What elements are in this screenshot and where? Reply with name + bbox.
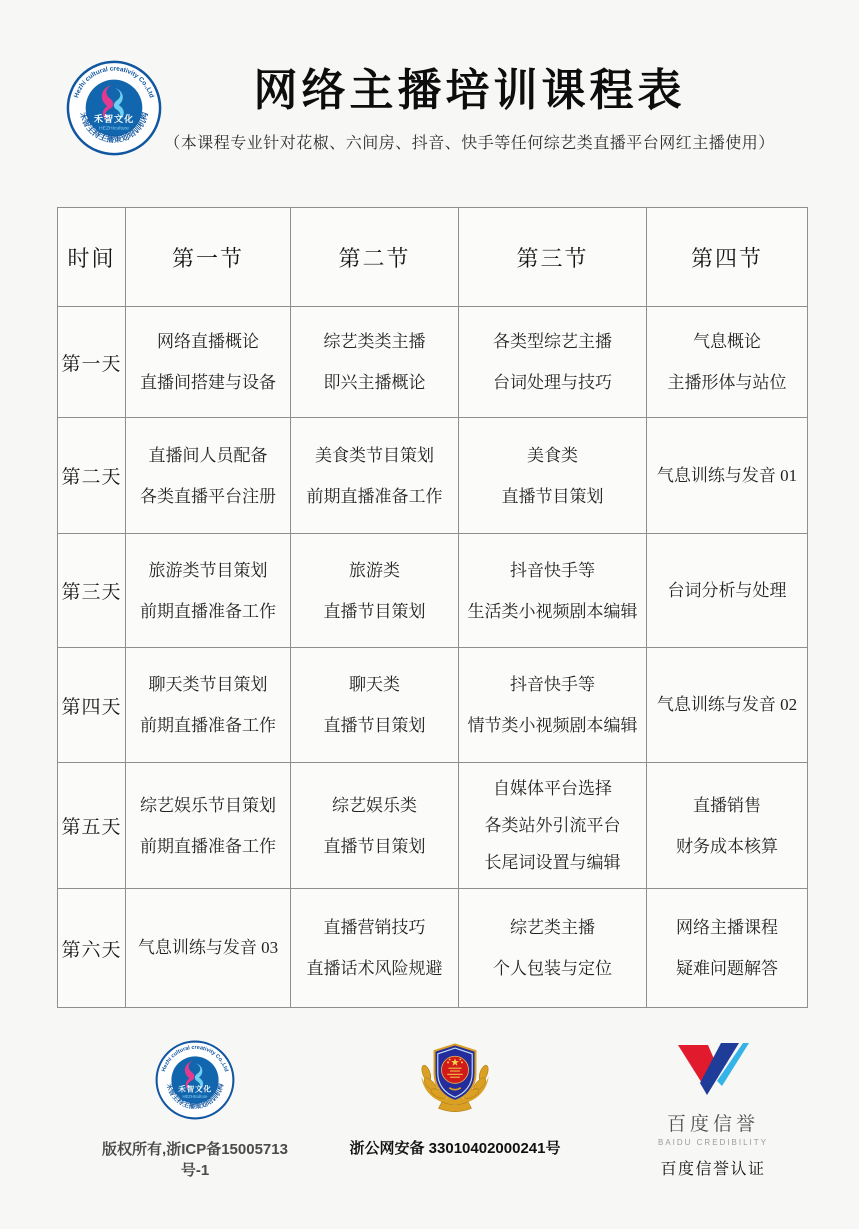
title-block: 网络主播培训课程表 （本课程专业针对花椒、六间房、抖音、快手等任何综艺类直播平台… — [150, 66, 789, 153]
course-cell: 直播营销技巧直播话术风险规避 — [291, 889, 459, 1008]
header-cell: 第二节 — [291, 208, 459, 307]
course-line: 自媒体平台选择 — [459, 770, 646, 807]
baidu-credibility-en: BAIDU CREDIBILITY — [618, 1138, 808, 1147]
course-line: 气息训练与发音 02 — [647, 695, 807, 715]
course-line: 直播间人员配备 — [126, 435, 290, 476]
course-line: 旅游类 — [291, 550, 458, 591]
header-cell: 第三节 — [459, 208, 647, 307]
course-line: 台词分析与处理 — [647, 581, 807, 601]
course-cell: 气息训练与发音 02 — [647, 648, 808, 763]
day-cell: 第三天 — [58, 534, 126, 648]
course-line: 旅游类节目策划 — [126, 550, 290, 591]
footer-center: 浙公网安备 33010402000241号 — [335, 1040, 575, 1158]
course-line: 各类站外引流平台 — [459, 807, 646, 844]
course-line: 聊天类节目策划 — [126, 664, 290, 705]
course-line: 综艺类主播 — [459, 907, 646, 948]
course-line: 主播形体与站位 — [647, 362, 807, 403]
course-line: 直播节目策划 — [291, 705, 458, 746]
course-table-body: 第一天网络直播概论直播间搭建与设备综艺类类主播即兴主播概论各类型综艺主播台词处理… — [58, 307, 808, 1008]
course-line: 综艺类类主播 — [291, 321, 458, 362]
course-cell: 抖音快手等生活类小视频剧本编辑 — [459, 534, 647, 648]
course-schedule-page: Hezhi cultural creativity Co.,Ltd禾智主持主播策… — [0, 0, 859, 1229]
course-line: 生活类小视频剧本编辑 — [459, 591, 646, 632]
course-line: 直播销售 — [647, 785, 807, 826]
course-line: 前期直播准备工作 — [291, 476, 458, 517]
course-line: 聊天类 — [291, 664, 458, 705]
course-line: 直播间搭建与设备 — [126, 362, 290, 403]
svg-text:HEZHIculture: HEZHIculture — [183, 1094, 209, 1099]
copyright-text: 版权所有,浙ICP备15005713号-1 — [92, 1138, 298, 1180]
header-row: 时间第一节第二节第三节第四节 — [58, 208, 808, 307]
course-line: 各类直播平台注册 — [126, 476, 290, 517]
footer-right: 百度信誉 BAIDU CREDIBILITY 百度信誉认证 — [618, 1043, 808, 1179]
course-cell: 综艺娱乐类直播节目策划 — [291, 763, 459, 889]
table-row: 第三天旅游类节目策划前期直播准备工作旅游类直播节目策划抖音快手等生活类小视频剧本… — [58, 534, 808, 648]
day-cell: 第五天 — [58, 763, 126, 889]
course-line: 直播话术风险规避 — [291, 948, 458, 989]
table-row: 第一天网络直播概论直播间搭建与设备综艺类类主播即兴主播概论各类型综艺主播台词处理… — [58, 307, 808, 418]
course-table: 时间第一节第二节第三节第四节 第一天网络直播概论直播间搭建与设备综艺类类主播即兴… — [57, 207, 808, 1008]
course-line: 各类型综艺主播 — [459, 321, 646, 362]
page-subtitle: （本课程专业针对花椒、六间房、抖音、快手等任何综艺类直播平台网红主播使用） — [150, 130, 789, 153]
svg-text:禾智文化: 禾智文化 — [94, 113, 134, 124]
course-line: 直播营销技巧 — [291, 907, 458, 948]
baidu-credibility-cn: 百度信誉 — [618, 1109, 808, 1136]
day-cell: 第二天 — [58, 418, 126, 534]
course-cell: 聊天类直播节目策划 — [291, 648, 459, 763]
day-cell: 第一天 — [58, 307, 126, 418]
course-cell: 台词分析与处理 — [647, 534, 808, 648]
course-cell: 综艺娱乐节目策划前期直播准备工作 — [126, 763, 291, 889]
course-cell: 气息训练与发音 03 — [126, 889, 291, 1008]
course-line: 网络主播课程 — [647, 907, 807, 948]
course-line: 长尾词设置与编辑 — [459, 844, 646, 881]
page-title: 网络主播培训课程表 — [150, 66, 789, 116]
course-line: 美食类 — [459, 435, 646, 476]
course-cell: 网络主播课程疑难问题解答 — [647, 889, 808, 1008]
course-line: 气息训练与发音 01 — [647, 466, 807, 486]
course-line: 抖音快手等 — [459, 664, 646, 705]
police-record-text: 浙公网安备 33010402000241号 — [335, 1137, 575, 1158]
course-line: 气息概论 — [647, 321, 807, 362]
course-cell: 气息训练与发音 01 — [647, 418, 808, 534]
course-line: 台词处理与技巧 — [459, 362, 646, 403]
course-line: 直播节目策划 — [459, 476, 646, 517]
header-cell: 第一节 — [126, 208, 291, 307]
course-cell: 自媒体平台选择各类站外引流平台长尾词设置与编辑 — [459, 763, 647, 889]
course-line: 前期直播准备工作 — [126, 591, 290, 632]
course-line: 情节类小视频剧本编辑 — [459, 705, 646, 746]
header-cell: 第四节 — [647, 208, 808, 307]
table-row: 第四天聊天类节目策划前期直播准备工作聊天类直播节目策划抖音快手等情节类小视频剧本… — [58, 648, 808, 763]
baidu-credibility-icon — [674, 1043, 752, 1097]
course-line: 综艺娱乐节目策划 — [126, 785, 290, 826]
course-line: 美食类节目策划 — [291, 435, 458, 476]
footer-left: Hezhi cultural creativity Co.,Ltd禾智主持主播策… — [92, 1040, 298, 1180]
day-cell: 第四天 — [58, 648, 126, 763]
course-line: 财务成本核算 — [647, 826, 807, 867]
police-badge-icon — [414, 1040, 496, 1116]
course-line: 综艺娱乐类 — [291, 785, 458, 826]
course-line: 前期直播准备工作 — [126, 826, 290, 867]
course-cell: 旅游类直播节目策划 — [291, 534, 459, 648]
table-row: 第二天直播间人员配备各类直播平台注册美食类节目策划前期直播准备工作美食类直播节目… — [58, 418, 808, 534]
course-cell: 美食类直播节目策划 — [459, 418, 647, 534]
course-line: 前期直播准备工作 — [126, 705, 290, 746]
course-cell: 各类型综艺主播台词处理与技巧 — [459, 307, 647, 418]
course-cell: 网络直播概论直播间搭建与设备 — [126, 307, 291, 418]
course-cell: 美食类节目策划前期直播准备工作 — [291, 418, 459, 534]
course-line: 直播节目策划 — [291, 591, 458, 632]
svg-text:禾智文化: 禾智文化 — [178, 1084, 212, 1094]
course-line: 气息训练与发音 03 — [126, 938, 290, 958]
course-line: 疑难问题解答 — [647, 948, 807, 989]
course-cell: 旅游类节目策划前期直播准备工作 — [126, 534, 291, 648]
course-line: 抖音快手等 — [459, 550, 646, 591]
course-line: 个人包装与定位 — [459, 948, 646, 989]
course-cell: 聊天类节目策划前期直播准备工作 — [126, 648, 291, 763]
course-cell: 直播销售财务成本核算 — [647, 763, 808, 889]
course-cell: 抖音快手等情节类小视频剧本编辑 — [459, 648, 647, 763]
course-table-head: 时间第一节第二节第三节第四节 — [58, 208, 808, 307]
course-cell: 综艺类主播个人包装与定位 — [459, 889, 647, 1008]
table-row: 第六天气息训练与发音 03直播营销技巧直播话术风险规避综艺类主播个人包装与定位网… — [58, 889, 808, 1008]
hezhi-logo-icon: Hezhi cultural creativity Co.,Ltd禾智主持主播策… — [66, 60, 162, 156]
course-line: 即兴主播概论 — [291, 362, 458, 403]
hezhi-logo-icon: Hezhi cultural creativity Co.,Ltd禾智主持主播策… — [155, 1040, 235, 1120]
course-cell: 综艺类类主播即兴主播概论 — [291, 307, 459, 418]
course-cell: 气息概论主播形体与站位 — [647, 307, 808, 418]
table-row: 第五天综艺娱乐节目策划前期直播准备工作综艺娱乐类直播节目策划自媒体平台选择各类站… — [58, 763, 808, 889]
header-cell: 时间 — [58, 208, 126, 307]
baidu-cert-text: 百度信誉认证 — [618, 1156, 808, 1179]
course-cell: 直播间人员配备各类直播平台注册 — [126, 418, 291, 534]
svg-text:HEZHIculture: HEZHIculture — [99, 126, 129, 132]
course-line: 网络直播概论 — [126, 321, 290, 362]
day-cell: 第六天 — [58, 889, 126, 1008]
course-line: 直播节目策划 — [291, 826, 458, 867]
